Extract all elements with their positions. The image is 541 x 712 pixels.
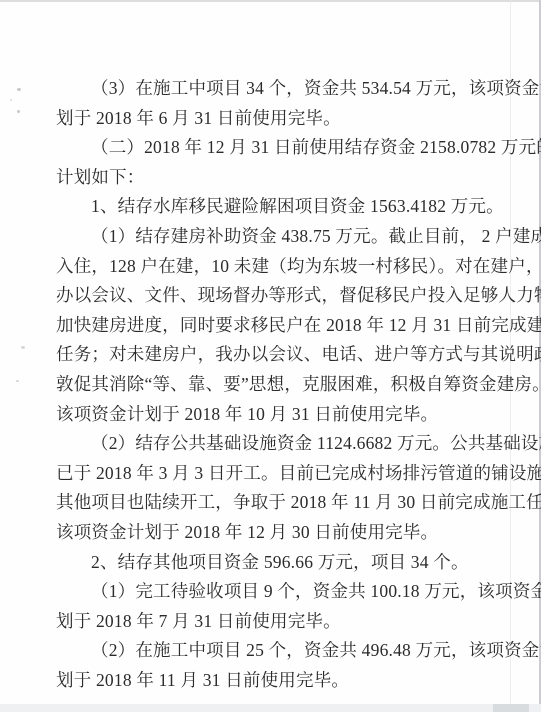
text-line: （2）在施工中项目 25 个，资金共 496.48 万元，该项资金计 bbox=[56, 636, 498, 666]
text-line: （二）2018 年 12 月 31 日前使用结存资金 2158.0782 万元的 bbox=[56, 133, 498, 163]
text-line: 加快建房进度，同时要求移民户在 2018 年 12 月 31 日前完成建房 bbox=[56, 311, 498, 341]
page-top-edge bbox=[0, 0, 541, 2]
text-line: （3）在施工中项目 34 个，资金共 534.54 万元，该项资金计 bbox=[56, 74, 498, 104]
text-line: 入住，128 户在建，10 未建（均为东坡一村移民）。对在建户，我 bbox=[56, 252, 498, 282]
text-line: （2）结存公共基础设施资金 1124.6682 万元。公共基础设施 bbox=[56, 429, 498, 459]
text-line: 其他项目也陆续开工，争取于 2018 年 11 月 30 日前完成施工任务。 bbox=[56, 488, 498, 518]
text-line: 划于 2018 年 11 月 31 日前使用完毕。 bbox=[56, 666, 498, 696]
scan-speck bbox=[16, 380, 19, 382]
text-line: 敦促其消除“等、靠、要”思想，克服困难，积极自筹资金建房。 bbox=[56, 370, 498, 400]
text-line: 2、结存其他项目资金 596.66 万元，项目 34 个。 bbox=[56, 548, 498, 578]
text-line: （1）完工待验收项目 9 个，资金共 100.18 万元，该项资金计 bbox=[56, 577, 498, 607]
text-line: 该项资金计划于 2018 年 10 月 31 日前使用完毕。 bbox=[56, 400, 498, 430]
page-bottom-edge bbox=[0, 704, 541, 712]
text-line: 1、结存水库移民避险解困项目资金 1563.4182 万元。 bbox=[56, 192, 498, 222]
scan-speck bbox=[17, 88, 21, 91]
scan-speck bbox=[17, 110, 20, 113]
document-text: （3）在施工中项目 34 个，资金共 534.54 万元，该项资金计划于 201… bbox=[56, 74, 498, 695]
text-line: 已于 2018 年 3 月 3 日开工。目前已完成村场排污管道的铺设施工， bbox=[56, 459, 498, 489]
text-line: 计划如下： bbox=[56, 163, 498, 193]
text-line: 该项资金计划于 2018 年 12 月 30 日前使用完毕。 bbox=[56, 518, 498, 548]
scan-speck bbox=[21, 346, 25, 349]
text-line: 办以会议、文件、现场督办等形式，督促移民户投入足够人力物力， bbox=[56, 281, 498, 311]
text-line: 划于 2018 年 7 月 31 日前使用完毕。 bbox=[56, 607, 498, 637]
page-bottom-shadow bbox=[493, 704, 529, 712]
text-line: 划于 2018 年 6 月 31 日前使用完毕。 bbox=[56, 104, 498, 134]
scan-speck bbox=[10, 99, 12, 101]
text-line: （1）结存建房补助资金 438.75 万元。截止目前， 2 户建成 bbox=[56, 222, 498, 252]
document-page: （3）在施工中项目 34 个，资金共 534.54 万元，该项资金计划于 201… bbox=[0, 0, 541, 712]
text-line: 任务；对未建房户，我办以会议、电话、进户等方式与其说明政策， bbox=[56, 340, 498, 370]
